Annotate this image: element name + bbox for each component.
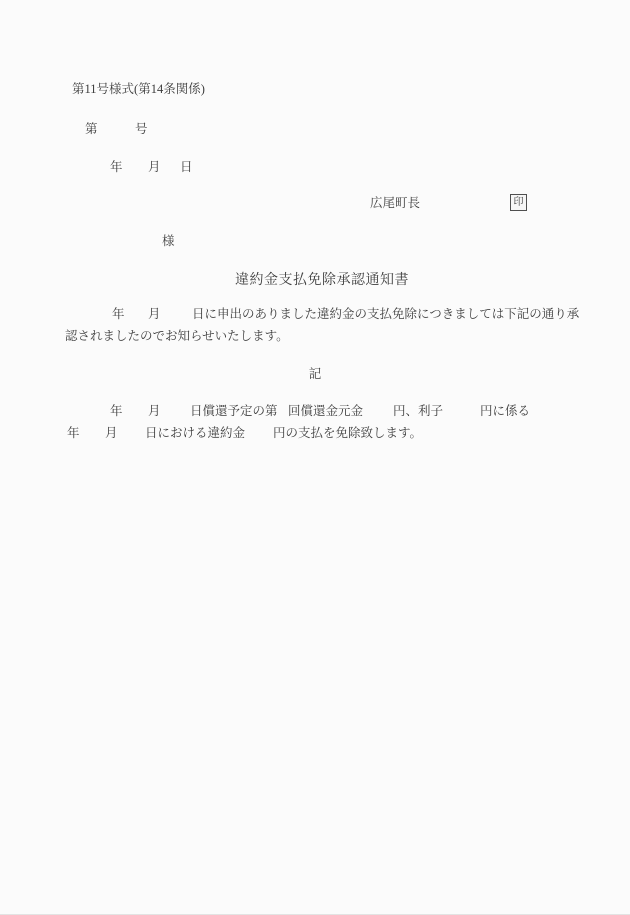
details-l1-segment-1: 日償還予定の第 (190, 404, 278, 419)
details-l1-segment-3: 円、利子 (393, 404, 443, 419)
addressee-line: 様 (0, 234, 630, 249)
seal-label: 印 (514, 198, 524, 208)
sender-line: 広尾町長 (0, 196, 630, 211)
issue-date-month-label: 月 (148, 160, 161, 175)
details-l1-month-label: 月 (148, 404, 161, 419)
body-line-1: 年 月 日に申出のありました違約金の支払免除につきましては下記の通り承 (0, 307, 630, 322)
body-line2-text: 認されましたのでお知らせいたします。 (65, 329, 289, 344)
document-title: 違約金支払免除承認通知書 (0, 273, 630, 289)
doc-number-suffix: 号 (135, 122, 148, 137)
details-l1-year-label: 年 (110, 404, 123, 419)
issue-date-year-label: 年 (110, 160, 123, 175)
details-l2-year-label: 年 (67, 426, 80, 441)
details-l1-segment-4: 円に係る (480, 404, 530, 419)
details-line-1: 年 月 日償還予定の第 回償還金元金 円、利子 円に係る (0, 404, 630, 419)
details-l2-month-label: 月 (105, 426, 118, 441)
doc-number-prefix: 第 (85, 122, 98, 137)
issue-date-day-label: 日 (180, 160, 193, 175)
addressee-honorific: 様 (162, 234, 175, 249)
doc-number-line: 第 号 (0, 122, 630, 137)
details-l2-segment-1: 日における違約金 (145, 426, 245, 441)
form-number-line: 第11号様式(第14条関係) (0, 82, 630, 97)
document-page: 第11号様式(第14条関係) 第 号 年 月 日 広尾町長 印 様 違約金支払免… (0, 0, 630, 915)
record-heading: 記 (0, 367, 630, 382)
body-month-label: 月 (148, 307, 161, 322)
details-l2-segment-2: 円の支払を免除致します。 (273, 426, 422, 441)
details-line-2: 年 月 日における違約金 円の支払を免除致します。 (0, 426, 630, 441)
body-line1-text: 日に申出のありました違約金の支払免除につきましては下記の通り承 (192, 307, 579, 322)
details-l1-segment-2: 回償還金元金 (288, 404, 363, 419)
body-year-label: 年 (112, 307, 125, 322)
body-line-2: 認されましたのでお知らせいたします。 (0, 329, 630, 344)
form-number-label: 第11号様式(第14条関係) (72, 82, 205, 97)
sender-title: 広尾町長 (370, 196, 420, 211)
seal-mark: 印 (510, 194, 527, 211)
issue-date-line: 年 月 日 (0, 160, 630, 175)
